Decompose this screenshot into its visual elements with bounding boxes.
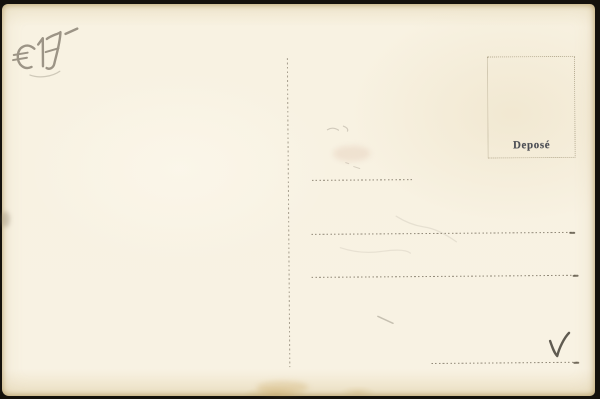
postcard-photo: Deposé bbox=[0, 0, 600, 399]
postcard-printed-layout: Deposé bbox=[0, 2, 596, 399]
paper-stain-left-edge bbox=[1, 211, 10, 227]
postcard-back: Deposé bbox=[2, 4, 595, 396]
faint-pencil-smudges bbox=[0, 2, 596, 399]
